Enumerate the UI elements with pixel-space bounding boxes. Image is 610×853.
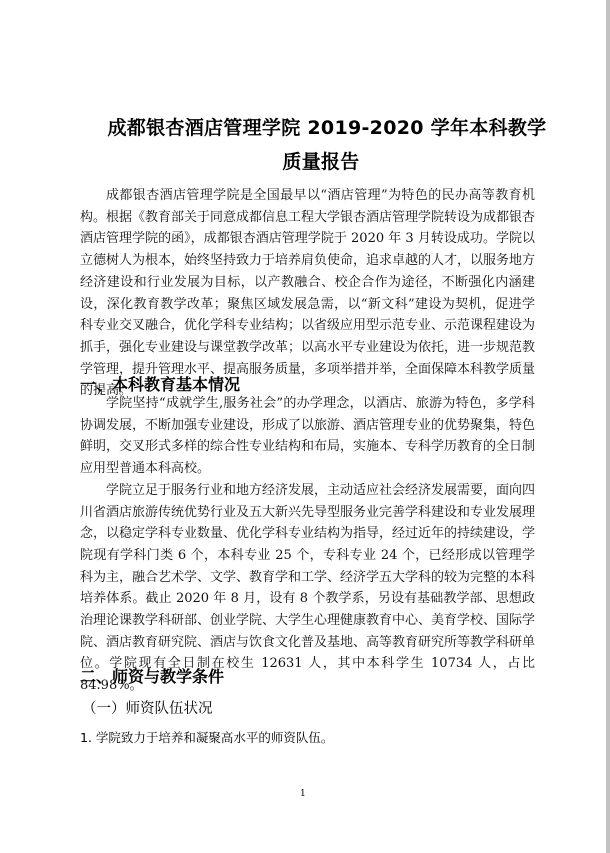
section-1-paragraph-1: 学院坚持“成就学生,服务社会”的办学理念，以酒店、旅游为特色，多学科协调发展，不… (80, 393, 535, 480)
section-1-body: 学院坚持“成就学生,服务社会”的办学理念，以酒店、旅游为特色，多学科协调发展，不… (80, 393, 535, 697)
section-1-heading: 一、本科教育基本情况 (80, 372, 240, 395)
section-2-heading: 二、师资与教学条件 (80, 664, 224, 687)
subsection-heading: （一）师资队伍状况 (82, 697, 213, 718)
intro-section: 成都银杏酒店管理学院是全国最早以“酒店管理”为特色的民办高等教育机构。根据《教育… (80, 185, 535, 402)
report-title-line-2: 质量报告 (18, 147, 610, 174)
page-edge-border (606, 0, 610, 853)
intro-paragraph: 成都银杏酒店管理学院是全国最早以“酒店管理”为特色的民办高等教育机构。根据《教育… (80, 185, 535, 402)
numbered-item-1: 1. 学院致力于培养和凝聚高水平的师资队伍。 (80, 728, 333, 746)
page-number: 1 (300, 789, 306, 799)
report-title-line-1: 成都银杏酒店管理学院 2019-2020 学年本科教学 (24, 113, 610, 140)
document-page: 成都银杏酒店管理学院 2019-2020 学年本科教学 质量报告 成都银杏酒店管… (0, 0, 606, 853)
